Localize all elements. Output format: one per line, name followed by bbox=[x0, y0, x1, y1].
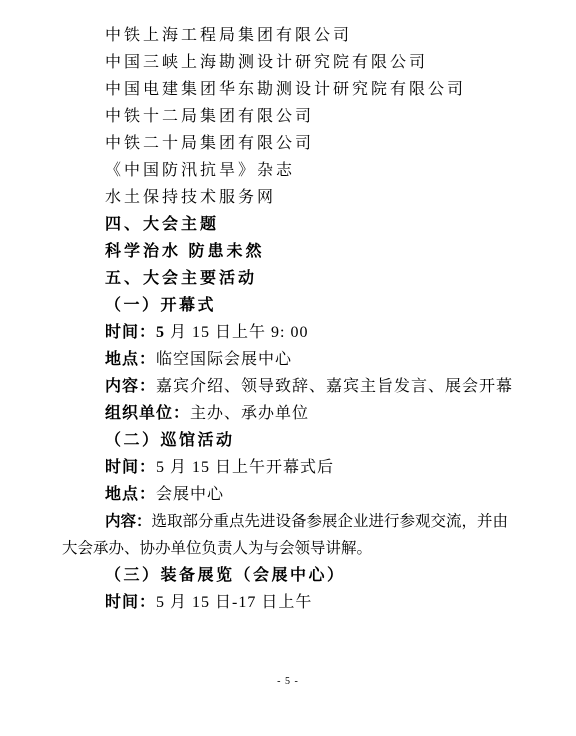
organizer-value: 主办、承办单位 bbox=[190, 405, 309, 422]
document-content: 中铁上海工程局集团有限公司 中国三峡上海勘测设计研究院有限公司 中国电建集团华东… bbox=[62, 22, 510, 616]
document-page: 中铁上海工程局集团有限公司 中国三峡上海勘测设计研究院有限公司 中国电建集团华东… bbox=[0, 0, 576, 736]
opening-organizer-line: 组织单位：主办、承办单位 bbox=[62, 400, 510, 427]
support-unit-line: 中铁十二局集团有限公司 bbox=[62, 103, 510, 130]
venue-label: 地点： bbox=[105, 351, 156, 368]
tour-content-line-2: 大会承办、协办单位负责人为与会领导讲解。 bbox=[62, 535, 510, 562]
support-unit-line: 中国电建集团华东勘测设计研究院有限公司 bbox=[62, 76, 510, 103]
support-unit-line: 中铁上海工程局集团有限公司 bbox=[62, 22, 510, 49]
opening-venue-line: 地点：临空国际会展中心 bbox=[62, 346, 510, 373]
exhibition-time-line: 时间：5 月 15 日-17 日上午 bbox=[62, 589, 510, 616]
time-value: 月 15 日上午 9: 00 bbox=[165, 324, 308, 341]
tour-content-line-1: 内容：选取部分重点先进设备参展企业进行参观交流，并由 bbox=[62, 508, 510, 535]
time-label: 时间： bbox=[105, 459, 156, 476]
time-label: 时间： bbox=[105, 324, 156, 341]
opening-time-line: 时间：5 月 15 日上午 9: 00 bbox=[62, 319, 510, 346]
tour-venue-line: 地点：会展中心 bbox=[62, 481, 510, 508]
opening-content-line: 内容：嘉宾介绍、领导致辞、嘉宾主旨发言、展会开幕 bbox=[62, 373, 510, 400]
support-unit-line: 中国三峡上海勘测设计研究院有限公司 bbox=[62, 49, 510, 76]
tour-time-line: 时间：5 月 15 日上午开幕式后 bbox=[62, 454, 510, 481]
activity-opening-title: （一）开幕式 bbox=[62, 292, 510, 319]
content-label: 内容： bbox=[105, 378, 156, 395]
section-heading-activities: 五、大会主要活动 bbox=[62, 265, 510, 292]
venue-value: 会展中心 bbox=[156, 486, 224, 503]
support-unit-line: 中铁二十局集团有限公司 bbox=[62, 130, 510, 157]
support-unit-line: 《中国防汛抗旱》杂志 bbox=[62, 157, 510, 184]
conference-theme: 科学治水 防患未然 bbox=[62, 238, 510, 265]
time-value: 5 月 15 日-17 日上午 bbox=[156, 594, 312, 611]
page-number: - 5 - bbox=[0, 676, 576, 687]
content-value: 嘉宾介绍、领导致辞、嘉宾主旨发言、展会开幕 bbox=[156, 378, 513, 395]
time-value-bold: 5 bbox=[156, 324, 165, 341]
content-label: 内容： bbox=[105, 513, 152, 530]
time-value: 5 月 15 日上午开幕式后 bbox=[156, 459, 334, 476]
time-label: 时间： bbox=[105, 594, 156, 611]
activity-tour-title: （二）巡馆活动 bbox=[62, 427, 510, 454]
organizer-label: 组织单位： bbox=[105, 405, 190, 422]
content-value: 大会承办、协办单位负责人为与会领导讲解。 bbox=[62, 540, 372, 557]
activity-exhibition-title: （三）装备展览（会展中心） bbox=[62, 562, 510, 589]
support-unit-line: 水土保持技术服务网 bbox=[62, 184, 510, 211]
content-value: 选取部分重点先进设备参展企业进行参观交流，并由 bbox=[152, 513, 509, 530]
venue-label: 地点： bbox=[105, 486, 156, 503]
section-heading-theme: 四、大会主题 bbox=[62, 211, 510, 238]
venue-value: 临空国际会展中心 bbox=[156, 351, 292, 368]
